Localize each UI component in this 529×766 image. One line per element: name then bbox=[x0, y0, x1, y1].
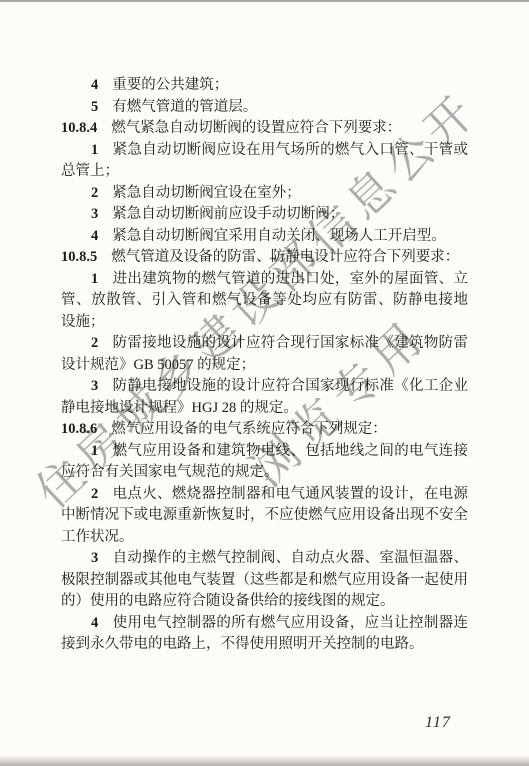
text-line: 的）使用的电路应符合随设备供给的接线图的规定。 bbox=[61, 591, 468, 613]
text-line: 4重要的公共建筑； bbox=[61, 75, 468, 97]
text-line: 4使用电气控制器的所有燃气应用设备，应当让控制器连 bbox=[61, 613, 468, 635]
text-line: 1进出建筑物的燃气管道的进出口处，室外的屋面管、立 bbox=[61, 269, 468, 291]
clause-number: 1 bbox=[91, 271, 98, 287]
text-line: 3自动操作的主燃气控制阀、自动点火器、室温恒温器、 bbox=[61, 548, 468, 570]
clause-number: 3 bbox=[91, 550, 98, 566]
text-line: 2紧急自动切断阀宜设在室外； bbox=[61, 183, 468, 205]
text-line: 应符合有关国家电气规范的规定。 bbox=[61, 462, 468, 484]
clause-number: 2 bbox=[91, 486, 98, 502]
text-line: 工作状况。 bbox=[61, 527, 468, 549]
clause-number: 2 bbox=[91, 185, 98, 201]
clause-number: 1 bbox=[91, 142, 98, 158]
text-line: 5有燃气管道的管道层。 bbox=[61, 97, 468, 119]
text-line: 3防静电接地设施的设计应符合国家现行标准《化工企业 bbox=[61, 376, 468, 398]
page-body: 4重要的公共建筑；5有燃气管道的管道层。10.8.4燃气紧急自动切断阀的设置应符… bbox=[61, 75, 468, 656]
clause-number: 10.8.5 bbox=[61, 249, 97, 265]
clause-number: 10.8.6 bbox=[61, 421, 97, 437]
text-line: 2防雷接地设施的设计应符合现行国家标准《建筑物防雷 bbox=[61, 333, 468, 355]
text-line: 1紧急自动切断阀应设在用气场所的燃气入口管、干管或 bbox=[61, 140, 468, 162]
text-line: 1燃气应用设备和建筑物电线、包括地线之间的电气连接 bbox=[61, 441, 468, 463]
text-line: 中断情况下或电源重新恢复时，不应使燃气应用设备出现不安全 bbox=[61, 505, 468, 527]
clause-heading-line: 10.8.6燃气应用设备的电气系统应符合下列规定： bbox=[61, 419, 468, 441]
text-line: 4紧急自动切断阀宜采用自动关闭、现场人工开启型。 bbox=[61, 226, 468, 248]
text-line: 2电点火、燃烧器控制器和电气通风装置的设计，在电源 bbox=[61, 484, 468, 506]
text-line: 3紧急自动切断阀前应设手动切断阀； bbox=[61, 204, 468, 226]
text-line: 总管上； bbox=[61, 161, 468, 183]
clause-number: 10.8.4 bbox=[61, 120, 97, 136]
clause-number: 4 bbox=[91, 228, 98, 244]
document-page: 住房城乡建设部信息公开 浏览专用 4重要的公共建筑；5有燃气管道的管道层。10.… bbox=[0, 0, 529, 766]
clause-number: 5 bbox=[91, 99, 98, 115]
clause-number: 2 bbox=[91, 335, 98, 351]
text-line: 设计规范》GB 50057 的规定； bbox=[61, 355, 468, 377]
page-number: 117 bbox=[425, 714, 451, 732]
clause-number: 4 bbox=[91, 615, 98, 631]
clause-number: 3 bbox=[91, 378, 98, 394]
text-line: 接到永久带电的电路上，不得使用照明开关控制的电路。 bbox=[61, 634, 468, 656]
top-scan-edge bbox=[0, 0, 529, 2]
text-line: 设施； bbox=[61, 312, 468, 334]
clause-heading-line: 10.8.4燃气紧急自动切断阀的设置应符合下列要求： bbox=[61, 118, 468, 140]
clause-number: 3 bbox=[91, 206, 98, 222]
text-line: 静电接地设计规程》HGJ 28 的规定。 bbox=[61, 398, 468, 420]
text-line: 极限控制器或其他电气装置（这些都是和燃气应用设备一起使用 bbox=[61, 570, 468, 592]
clause-number: 4 bbox=[91, 77, 98, 93]
bottom-scan-shadow bbox=[0, 755, 529, 766]
text-line: 管、放散管、引入管和燃气设备等处均应有防雷、防静电接地 bbox=[61, 290, 468, 312]
clause-heading-line: 10.8.5燃气管道及设备的防雷、防静电设计应符合下列要求： bbox=[61, 247, 468, 269]
clause-number: 1 bbox=[91, 443, 98, 459]
